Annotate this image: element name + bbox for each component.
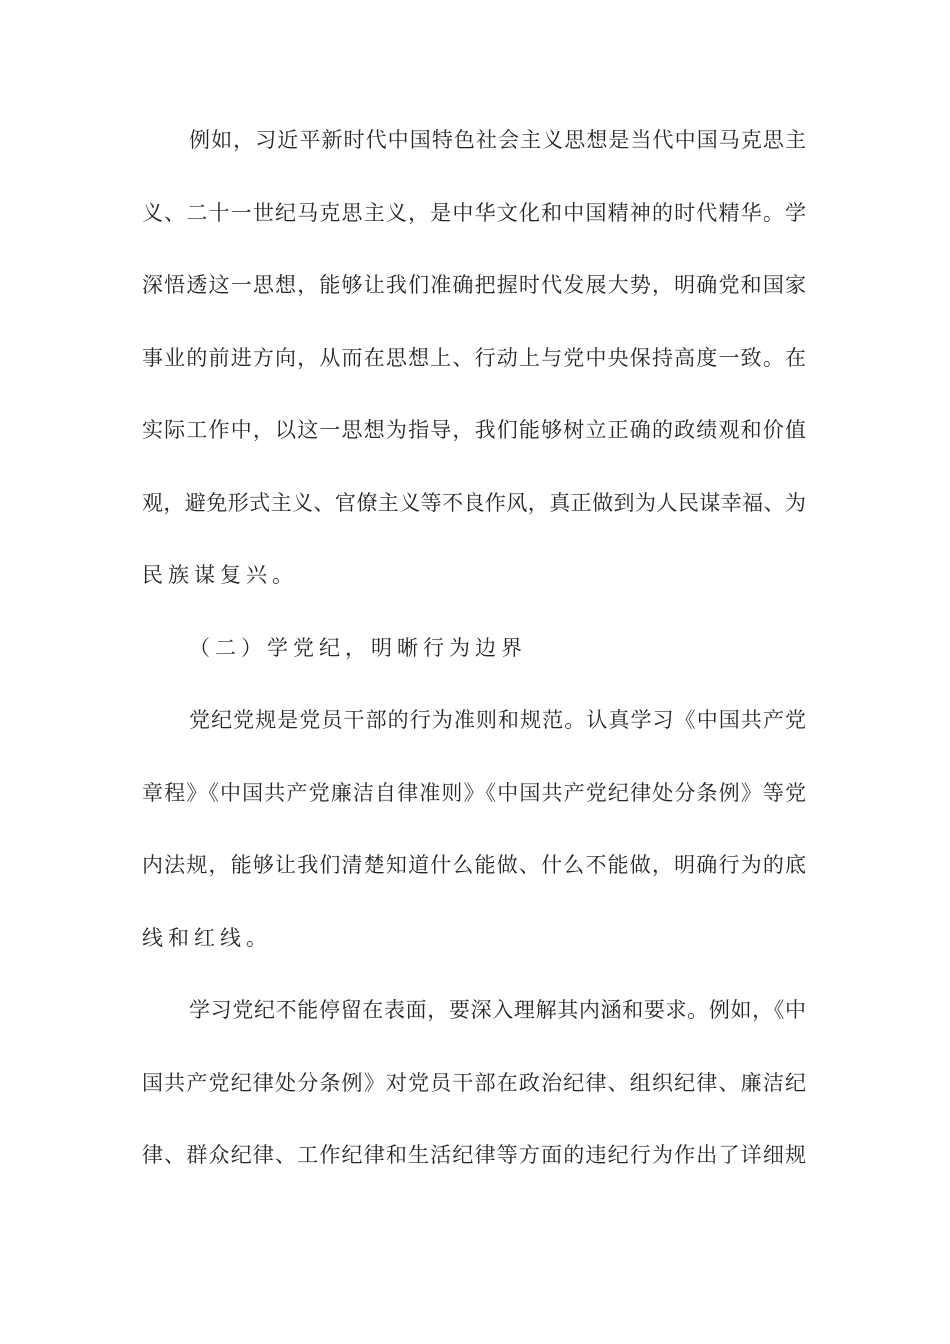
section-heading: （二）学党纪，明晰行为边界	[142, 612, 806, 685]
body-text-line: 实际工作中，以这一思想为指导，我们能够树立正确的政绩观和价值	[142, 394, 806, 467]
body-text-line: 义、二十一世纪马克思主义，是中华文化和中国精神的时代精华。学	[142, 177, 806, 250]
body-text-line: 观，避免形式主义、官僚主义等不良作风，真正做到为人民谋幸福、为	[142, 467, 806, 540]
body-paragraph: 学习党纪不能停留在表面，要深入理解其内涵和要求。例如，《中国共产党纪律处分条例》…	[142, 974, 806, 1192]
body-text-line: 民族谋复兴。	[142, 539, 806, 612]
body-text-line: 例如，习近平新时代中国特色社会主义思想是当代中国马克思主	[142, 104, 806, 177]
body-text-line: 章程》《中国共产党廉洁自律准则》《中国共产党纪律处分条例》等党	[142, 757, 806, 830]
body-text-line: 律、群众纪律、工作纪律和生活纪律等方面的违纪行为作出了详细规	[142, 1119, 806, 1192]
body-text-line: 国共产党纪律处分条例》对党员干部在政治纪律、组织纪律、廉洁纪	[142, 1047, 806, 1120]
body-paragraph: 党纪党规是党员干部的行为准则和规范。认真学习《中国共产党章程》《中国共产党廉洁自…	[142, 684, 806, 974]
document-page: 例如，习近平新时代中国特色社会主义思想是当代中国马克思主义、二十一世纪马克思主义…	[0, 0, 950, 1344]
heading-line: （二）学党纪，明晰行为边界	[142, 612, 806, 685]
body-text-line: 学习党纪不能停留在表面，要深入理解其内涵和要求。例如，《中	[142, 974, 806, 1047]
body-text-line: 事业的前进方向，从而在思想上、行动上与党中央保持高度一致。在	[142, 322, 806, 395]
body-text-line: 内法规，能够让我们清楚知道什么能做、什么不能做，明确行为的底	[142, 829, 806, 902]
body-text-line: 党纪党规是党员干部的行为准则和规范。认真学习《中国共产党	[142, 684, 806, 757]
text-column: 例如，习近平新时代中国特色社会主义思想是当代中国马克思主义、二十一世纪马克思主义…	[142, 104, 806, 1192]
body-text-line: 线和红线。	[142, 902, 806, 975]
body-text-line: 深悟透这一思想，能够让我们准确把握时代发展大势，明确党和国家	[142, 249, 806, 322]
body-paragraph: 例如，习近平新时代中国特色社会主义思想是当代中国马克思主义、二十一世纪马克思主义…	[142, 104, 806, 612]
